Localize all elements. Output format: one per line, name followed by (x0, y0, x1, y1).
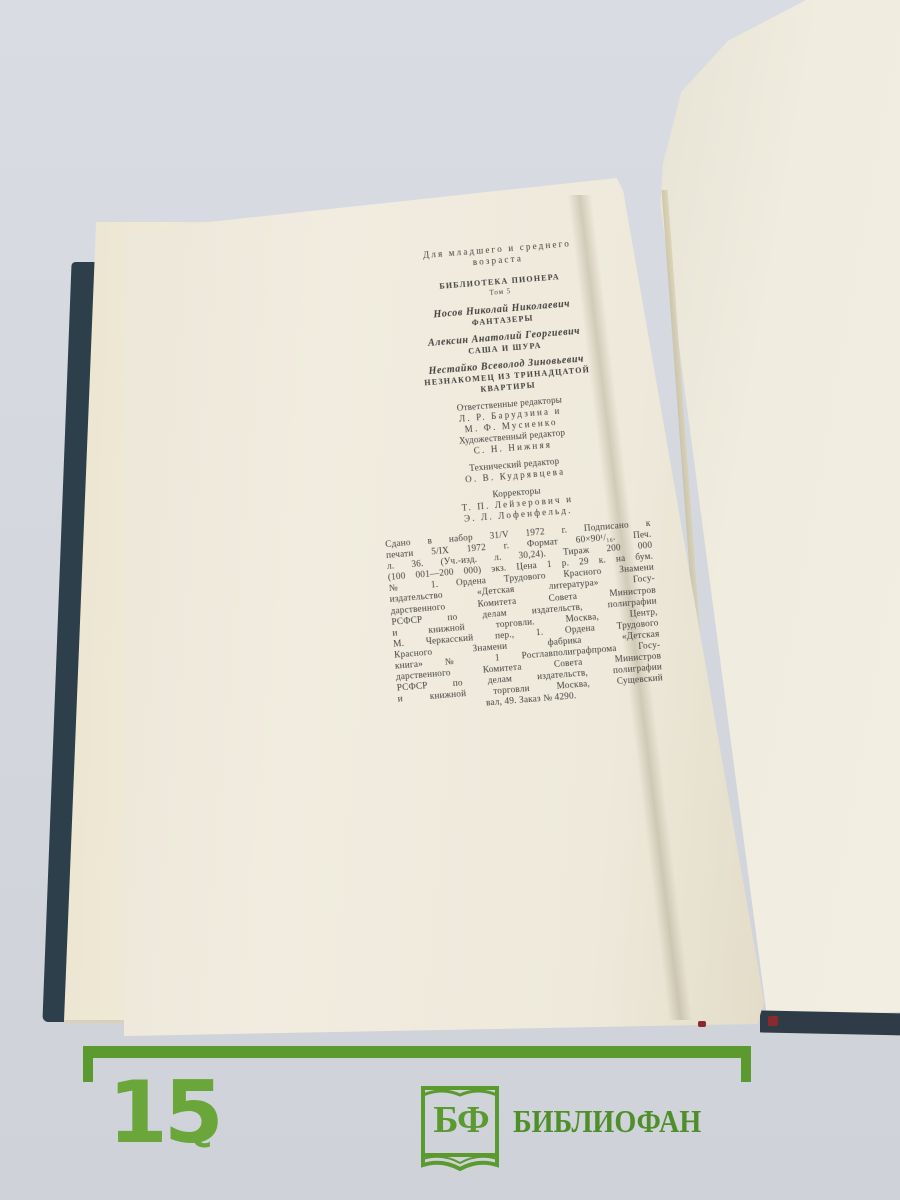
brand-bracket-bar (83, 1046, 751, 1058)
brand-name: БИБЛИОФАН (513, 1103, 701, 1139)
brand-bracket-left (83, 1046, 93, 1082)
imprint-block: Сдано в набор 31/V 1972 г. Подписано к п… (385, 517, 668, 716)
price-unit: с (192, 1116, 212, 1156)
logo-letters: БФ (428, 1100, 494, 1140)
colophon-text-block: Для младшего и среднего возраста БИБЛИОТ… (362, 233, 668, 716)
book-cover-bottom-edge (760, 1010, 900, 1035)
brand-bracket-right (741, 1046, 751, 1082)
headband (698, 1021, 706, 1027)
headband (768, 1016, 778, 1026)
photo-scene: Для младшего и среднего возраста БИБЛИОТ… (0, 0, 900, 1200)
